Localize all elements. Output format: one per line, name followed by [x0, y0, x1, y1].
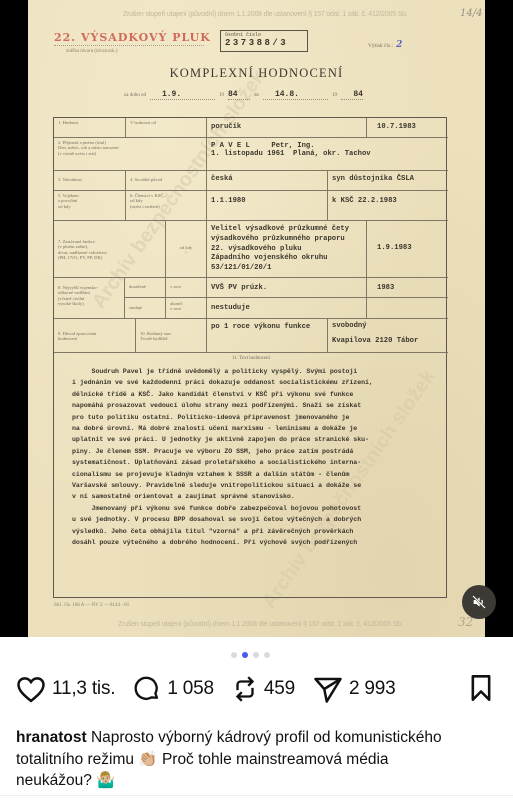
- personal-number-value: 237388/3: [225, 38, 303, 48]
- repost-button[interactable]: 459: [232, 674, 295, 704]
- period-from-year: 84: [228, 90, 250, 100]
- save-button[interactable]: [469, 674, 493, 707]
- period-to-label: do: [254, 93, 259, 98]
- education-year-label: v roce: [166, 278, 207, 298]
- carousel-dot-active[interactable]: [242, 652, 248, 658]
- post-actions-bar: 11,3 tis. 1 058 459 2 993: [16, 672, 497, 706]
- like-button[interactable]: 11,3 tis.: [16, 675, 115, 703]
- handwritten-mark: 14/4: [460, 8, 482, 19]
- study-end-value: [367, 298, 448, 319]
- evaluation-form-table: 1. Hodnost V hodnosti od poručík 10.7.19…: [53, 117, 447, 598]
- military-since-label: 5. Vojákem z povolání od kdy: [54, 191, 126, 221]
- comment-icon: [133, 675, 161, 703]
- comment-count: 1 058: [167, 678, 214, 700]
- heart-icon: [16, 675, 46, 703]
- social-origin-label: 4. Sociální původ: [126, 171, 207, 191]
- caption-username[interactable]: hranatost: [16, 729, 87, 746]
- form-code: Sb1. čís. 166 A — NV 2 — 8144 - 81: [54, 603, 129, 608]
- evaluation-text: Soudruh Pavel je třídně uvědomělý a poli…: [72, 366, 440, 549]
- military-since-value: 1.1.1980: [207, 191, 328, 221]
- position-since-value: 1.9.1983: [367, 221, 448, 278]
- position-value: Velitel výsadkové průzkumné čety výsadko…: [207, 221, 367, 278]
- marital-residence-value: svobodný Kvapilova 2120 Tábor: [328, 319, 448, 353]
- studying-label: studuje: [125, 298, 166, 319]
- education-label: 8. Nejvyšší vojensko- odborné vzdělání (…: [54, 278, 125, 319]
- marital-residence-label: 10. Rodinný stav Trvalé bydliště: [136, 319, 207, 353]
- carousel-indicator: [0, 652, 513, 658]
- rank-since-label: V hodnosti od: [126, 118, 207, 138]
- party-membership-label: 6. Členství v KSČ od kdy (uvést i zrušen…: [126, 191, 207, 221]
- carousel-dot[interactable]: [264, 652, 270, 658]
- copy-number-value: 2: [396, 40, 402, 50]
- period-from-day: 1.9.: [150, 90, 215, 100]
- study-end-label: ukončí v roce: [166, 298, 207, 319]
- period-from-label: za dobu od: [124, 93, 146, 98]
- declassification-stamp-bottom: Zrušen stupeň utajení (původní) dnem 1.1…: [118, 621, 448, 628]
- comment-button[interactable]: 1 058: [133, 675, 214, 703]
- name-birth-label: 2. Příjmení a jméno (titul) Den, měsíc, …: [54, 138, 207, 171]
- period-to-year: 84: [341, 90, 363, 100]
- evaluation-text-heading: 11. Text hodnocení: [54, 356, 448, 361]
- rank-since-value: 10.7.1983: [367, 118, 448, 138]
- position-label: 7. Zastávaná funkce (v plném znění), útv…: [54, 221, 166, 278]
- position-since-label: od kdy /: [166, 221, 207, 278]
- social-origin-value: syn důstojníka ČSLA: [328, 171, 448, 191]
- repost-icon: [232, 674, 258, 704]
- bookmark-icon: [469, 674, 493, 702]
- divider: [54, 45, 204, 46]
- nationality-label: 3. Národnost: [54, 171, 126, 191]
- studying-value: nestuduje: [207, 298, 367, 319]
- share-count: 2 993: [349, 678, 396, 700]
- document-title: KOMPLEXNÍ HODNOCENÍ: [28, 66, 485, 81]
- period-to-day: 14.8.: [263, 90, 328, 100]
- evaluation-reason-label: 9. Důvod zpracování hodnocení: [54, 319, 136, 353]
- name-birth-value: P A V E L Petr, Ing. 1. listopadu 1961 P…: [207, 138, 448, 171]
- unit-name: 22. VÝSADKOVÝ PLUK: [54, 31, 211, 44]
- unit-sublabel: znělka útvaru (útvaru/sk.): [66, 49, 118, 54]
- period-line: za dobu od1.9.1984do14.8.1984: [120, 90, 363, 100]
- post-caption: hranatost Naprosto výborný kádrový profi…: [16, 727, 456, 792]
- period-year-label: 19: [332, 93, 337, 98]
- evaluation-reason-value: po 1 roce výkonu funkce: [207, 319, 328, 353]
- share-button[interactable]: 2 993: [313, 675, 396, 703]
- copy-number: Výtisk čís.:2: [368, 40, 402, 50]
- carousel-dot[interactable]: [231, 652, 237, 658]
- nationality-value: česká: [207, 171, 328, 191]
- personal-number-box: Osobní číslo 237388/3: [220, 30, 308, 52]
- declassification-stamp: Zrušen stupeň utajení (původní) dnem 1.1…: [123, 11, 453, 18]
- education-year-value: 1983: [367, 278, 448, 298]
- carousel-dot[interactable]: [253, 652, 259, 658]
- copy-number-label: Výtisk čís.:: [368, 43, 393, 49]
- speaker-muted-icon: [471, 594, 487, 610]
- rank-value: poručík: [207, 118, 367, 138]
- repost-count: 459: [264, 678, 295, 700]
- post-media[interactable]: Archiv bezpečnostních složek Archiv bezp…: [0, 0, 513, 637]
- send-icon: [313, 675, 343, 703]
- education-value: VVŠ PV prúzk.: [207, 278, 367, 298]
- rank-label: 1. Hodnost: [54, 118, 126, 138]
- period-year-label: 19: [219, 93, 224, 98]
- education-achieved-label: dosažené: [125, 278, 166, 298]
- document-photo: Archiv bezpečnostních složek Archiv bezp…: [28, 0, 485, 637]
- divider: [0, 795, 513, 796]
- party-membership-value: k KSČ 22.2.1983: [328, 191, 448, 221]
- like-count: 11,3 tis.: [52, 678, 115, 700]
- mute-toggle-button[interactable]: [462, 585, 496, 619]
